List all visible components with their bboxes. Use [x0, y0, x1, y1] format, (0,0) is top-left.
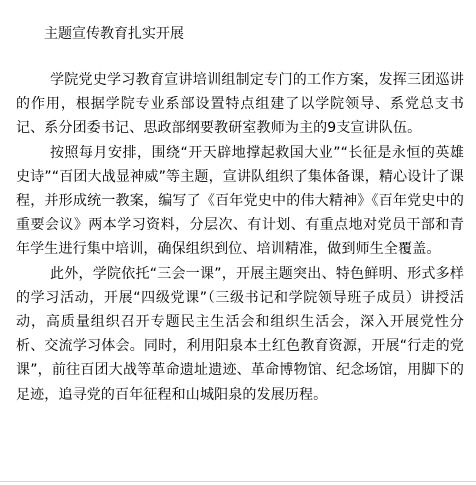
- paragraph-lecture-teams: 学院党史学习教育宣讲培训组制定专门的工作方案，发挥三团巡讲的作用，根据学院专业系…: [16, 68, 464, 141]
- paragraph-study-activities: 此外，学院依托“三会一课”，开展主题突出、特色鲜明、形式多样的学习活动，开展“四…: [16, 262, 464, 407]
- bottom-divider: [0, 481, 476, 482]
- paragraph-monthly-training: 按照每月安排，围绕“开天辟地撑起救国大业”“长征是永恒的英雄史诗”“百团大战显神…: [16, 141, 464, 262]
- article-body: 学院党史学习教育宣讲培训组制定专门的工作方案，发挥三团巡讲的作用，根据学院专业系…: [16, 68, 464, 407]
- article-title: 主题宣传教育扎实开展: [44, 24, 184, 44]
